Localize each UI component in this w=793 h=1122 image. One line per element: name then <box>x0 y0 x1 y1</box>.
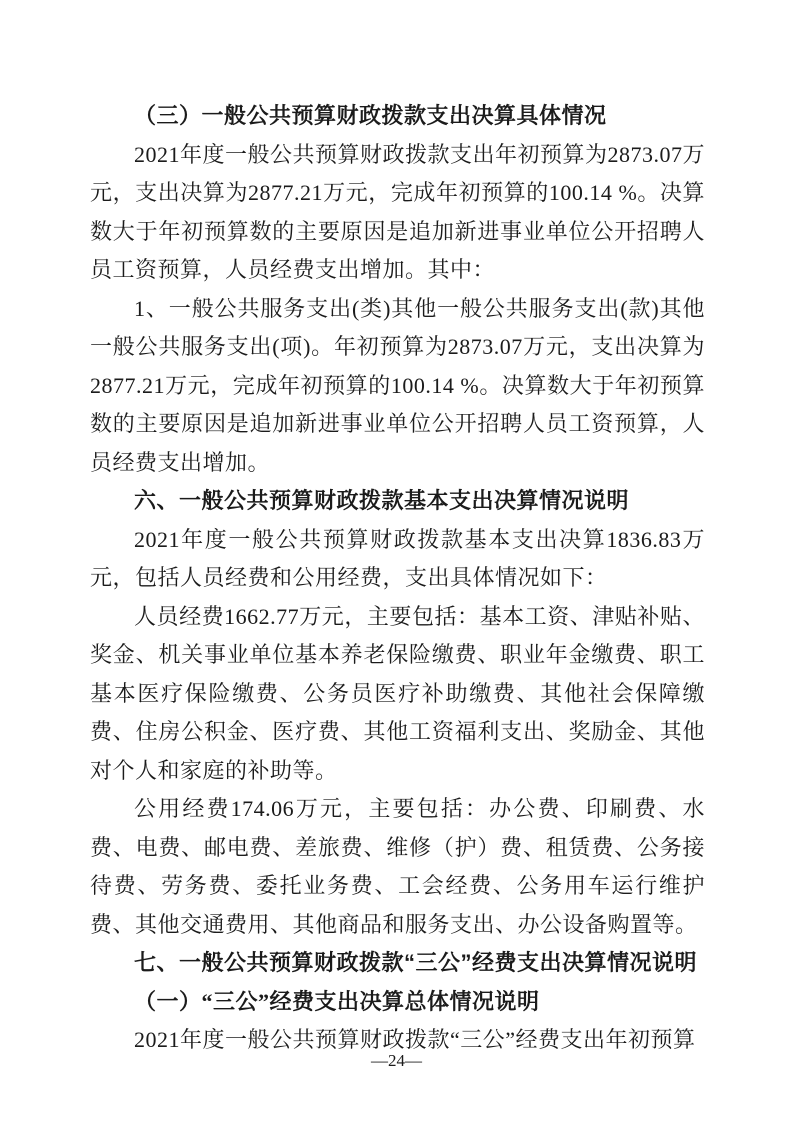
document-page: （三）一般公共预算财政拨款支出决算具体情况 2021年度一般公共预算财政拨款支出… <box>0 0 793 1122</box>
paragraph: 2021年度一般公共预算财政拨款支出年初预算为2873.07万元，支出决算为28… <box>90 136 705 290</box>
paragraph: 1、一般公共服务支出(类)其他一般公共服务支出(款)其他一般公共服务支出(项)。… <box>90 290 705 483</box>
page-number: —24— <box>0 1049 793 1073</box>
paragraph: 2021年度一般公共预算财政拨款基本支出决算1836.83万元，包括人员经费和公… <box>90 521 705 598</box>
section-heading: 七、一般公共预算财政拨款“三公”经费支出决算情况说明 <box>90 944 705 983</box>
paragraph: 公用经费174.06万元，主要包括：办公费、印刷费、水费、电费、邮电费、差旅费、… <box>90 790 705 944</box>
section-heading: 六、一般公共预算财政拨款基本支出决算情况说明 <box>90 482 705 521</box>
section-subheading: （三）一般公共预算财政拨款支出决算具体情况 <box>90 97 705 136</box>
paragraph: 人员经费1662.77万元，主要包括：基本工资、津贴补贴、奖金、机关事业单位基本… <box>90 598 705 791</box>
section-subheading: （一）“三公”经费支出决算总体情况说明 <box>90 983 705 1022</box>
